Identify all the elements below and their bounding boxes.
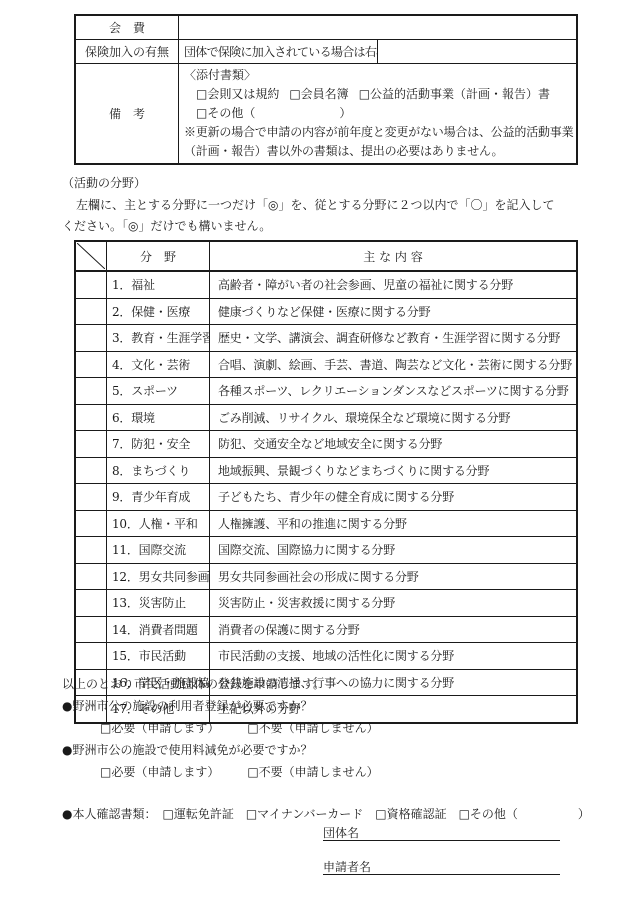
field-mark-cell[interactable] [75,271,107,298]
field-mark-cell[interactable] [75,616,107,643]
field-mark-cell[interactable] [75,378,107,405]
remarks-label-cell: 備 考 [75,63,179,164]
insurance-label-cell: 保険加入の有無 [75,39,179,63]
checkbox-qualification-cert[interactable]: □資格確認証 [375,807,446,821]
field-row: 14．消費者問題消費者の保護に関する分野 [75,616,577,643]
field-row: 7．防犯・安全防犯、交通安全など地域安全に関する分野 [75,431,577,458]
signature-block: 団体名 申請者名 [323,826,560,875]
insurance-mark-cell[interactable] [378,39,577,63]
activity-field-table: 分 野 主 な 内 容 1．福祉高齢者・障がい者の社会参画、児童の福祉に関する分… [74,240,578,724]
identity-documents-label: ●本人確認書類： [62,807,156,821]
diagonal-line [77,243,105,269]
field-mark-cell[interactable] [75,510,107,537]
field-mark-cell[interactable] [75,404,107,431]
content-column-header: 主 な 内 容 [210,241,578,271]
insurance-instruction: 団体で保険に加入されている場合は右欄に〇印を付けてください。 [179,39,378,63]
checkbox-other-attachment[interactable]: □その他（ ） [196,106,351,120]
field-mark-cell[interactable] [75,298,107,325]
field-name-cell: 14．消費者問題 [107,616,210,643]
checkbox-mynumber-card[interactable]: □マイナンバーカード [246,807,363,821]
checkbox-drivers-license[interactable]: □運転免許証 [162,807,233,821]
field-name-cell: 1．福祉 [107,271,210,298]
checkbox-exemption-not-required[interactable]: □不要（申請しません） [247,765,378,779]
field-content-cell: 人権擁護、平和の推進に関する分野 [210,510,578,537]
field-mark-cell[interactable] [75,431,107,458]
field-name-cell: 10．人権・平和 [107,510,210,537]
field-row: 4．文化・芸術合唱、演劇、絵画、手芸、書道、陶芸など文化・芸術に関する分野 [75,351,577,378]
field-name-cell: 2．保健・医療 [107,298,210,325]
field-content-cell: 子どもたち、青少年の健全育成に関する分野 [210,484,578,511]
field-name-cell: 13．災害防止 [107,590,210,617]
field-mark-cell[interactable] [75,325,107,352]
field-row: 9．青少年育成子どもたち、青少年の健全育成に関する分野 [75,484,577,511]
group-name-label: 団体名 [323,826,359,840]
group-name-field[interactable]: 団体名 [323,826,560,841]
field-table-header-row: 分 野 主 な 内 容 [75,241,577,271]
top-info-table: 会 費 保険加入の有無 団体で保険に加入されている場合は右欄に〇印を付けてくださ… [74,14,578,165]
field-row: 2．保健・医療健康づくりなど保健・医療に関する分野 [75,298,577,325]
field-name-cell: 9．青少年育成 [107,484,210,511]
field-name-cell: 12．男女共同参画 [107,563,210,590]
checkbox-exemption-required[interactable]: □必要（申請します） [100,765,219,779]
field-row: 6．環境ごみ削減、リサイクル、環境保全など環境に関する分野 [75,404,577,431]
field-content-cell: 国際交流、国際協力に関する分野 [210,537,578,564]
field-row: 8．まちづくり地域振興、景観づくりなどまちづくりに関する分野 [75,457,577,484]
field-content-cell: 高齢者・障がい者の社会参画、児童の福祉に関する分野 [210,271,578,298]
field-name-cell: 3．教育・生涯学習 [107,325,210,352]
field-row: 1．福祉高齢者・障がい者の社会参画、児童の福祉に関する分野 [75,271,577,298]
checkbox-registration-required[interactable]: □必要（申請します） [100,721,219,735]
renewal-note-line2: （計画・報告）書以外の書類は、提出の必要はありません。 [184,142,571,161]
mark-column-header [75,241,107,271]
field-name-cell: 11．国際交流 [107,537,210,564]
field-row: 15．市民活動市民活動の支援、地域の活性化に関する分野 [75,643,577,670]
field-row: 10．人権・平和人権擁護、平和の推進に関する分野 [75,510,577,537]
field-name-cell: 8．まちづくり [107,457,210,484]
checkbox-other-id[interactable]: □その他（ ） [459,807,590,821]
checkbox-activity-report[interactable]: □公益的活動事業（計画・報告）書 [359,87,550,101]
closing-statement: 以上のとおり市民活動団体の登録を申請します。 [62,673,407,695]
checkbox-member-list[interactable]: □会員名簿 [289,87,348,101]
question-fee-exemption: ●野洲市公の施設で使用料減免が必要ですか？ [62,739,407,761]
field-content-cell: 災害防止・災害救援に関する分野 [210,590,578,617]
field-mark-cell[interactable] [75,537,107,564]
closing-and-questions: 以上のとおり市民活動団体の登録を申請します。 ●野洲市公の施設の利用者登録が必要… [62,673,407,783]
field-row: 5．スポーツ各種スポーツ、レクリエーションダンスなどスポーツに関する分野 [75,378,577,405]
activity-field-heading: （活動の分野） [62,173,622,195]
checkbox-registration-not-required[interactable]: □不要（申請しません） [247,721,378,735]
applicant-name-label: 申請者名 [323,860,371,874]
field-content-cell: 消費者の保護に関する分野 [210,616,578,643]
applicant-name-field[interactable]: 申請者名 [323,860,560,875]
field-content-cell: 健康づくりなど保健・医療に関する分野 [210,298,578,325]
checkbox-rules[interactable]: □会則又は規約 [196,87,279,101]
field-name-cell: 15．市民活動 [107,643,210,670]
field-content-cell: 市民活動の支援、地域の活性化に関する分野 [210,643,578,670]
remarks-content: 〈添付書類〉 □会則又は規約□会員名簿□公益的活動事業（計画・報告）書 □その他… [179,63,578,164]
identity-documents-line: ●本人確認書類：□運転免許証□マイナンバーカード□資格確認証□その他（ ） [62,805,602,822]
question-user-registration: ●野洲市公の施設の利用者登録が必要ですか？ [62,695,407,717]
field-name-cell: 5．スポーツ [107,378,210,405]
activity-instruction-line2: ください。「◎」だけでも構いません。 [62,216,622,238]
attach-documents-heading: 〈添付書類〉 [184,66,571,85]
field-content-cell: 防犯、交通安全など地域安全に関する分野 [210,431,578,458]
field-content-cell: 男女共同参画社会の形成に関する分野 [210,563,578,590]
field-column-header: 分 野 [107,241,210,271]
field-content-cell: 歴史・文学、講演会、調査研修など教育・生涯学習に関する分野 [210,325,578,352]
field-row: 13．災害防止災害防止・災害救援に関する分野 [75,590,577,617]
field-name-cell: 4．文化・芸術 [107,351,210,378]
activity-instruction-line1: 左欄に、主とする分野に一つだけ「◎」を、従とする分野に２つ以内で「〇」を記入して [62,195,622,217]
field-content-cell: 合唱、演劇、絵画、手芸、書道、陶芸など文化・芸術に関する分野 [210,351,578,378]
field-content-cell: 地域振興、景観づくりなどまちづくりに関する分野 [210,457,578,484]
field-mark-cell[interactable] [75,457,107,484]
field-row: 12．男女共同参画男女共同参画社会の形成に関する分野 [75,563,577,590]
field-row: 11．国際交流国際交流、国際協力に関する分野 [75,537,577,564]
fee-label-cell: 会 費 [75,15,179,39]
field-content-cell: 各種スポーツ、レクリエーションダンスなどスポーツに関する分野 [210,378,578,405]
field-mark-cell[interactable] [75,643,107,670]
field-content-cell: ごみ削減、リサイクル、環境保全など環境に関する分野 [210,404,578,431]
field-mark-cell[interactable] [75,563,107,590]
field-row: 3．教育・生涯学習歴史・文学、講演会、調査研修など教育・生涯学習に関する分野 [75,325,577,352]
field-mark-cell[interactable] [75,351,107,378]
field-mark-cell[interactable] [75,590,107,617]
renewal-note-line1: ※更新の場合で申請の内容が前年度と変更がない場合は、公益的活動事業 [184,123,571,142]
field-name-cell: 7．防犯・安全 [107,431,210,458]
activity-section-note: （活動の分野） 左欄に、主とする分野に一つだけ「◎」を、従とする分野に２つ以内で… [62,173,622,238]
field-mark-cell[interactable] [75,484,107,511]
field-name-cell: 6．環境 [107,404,210,431]
fee-value-cell[interactable] [179,15,578,39]
